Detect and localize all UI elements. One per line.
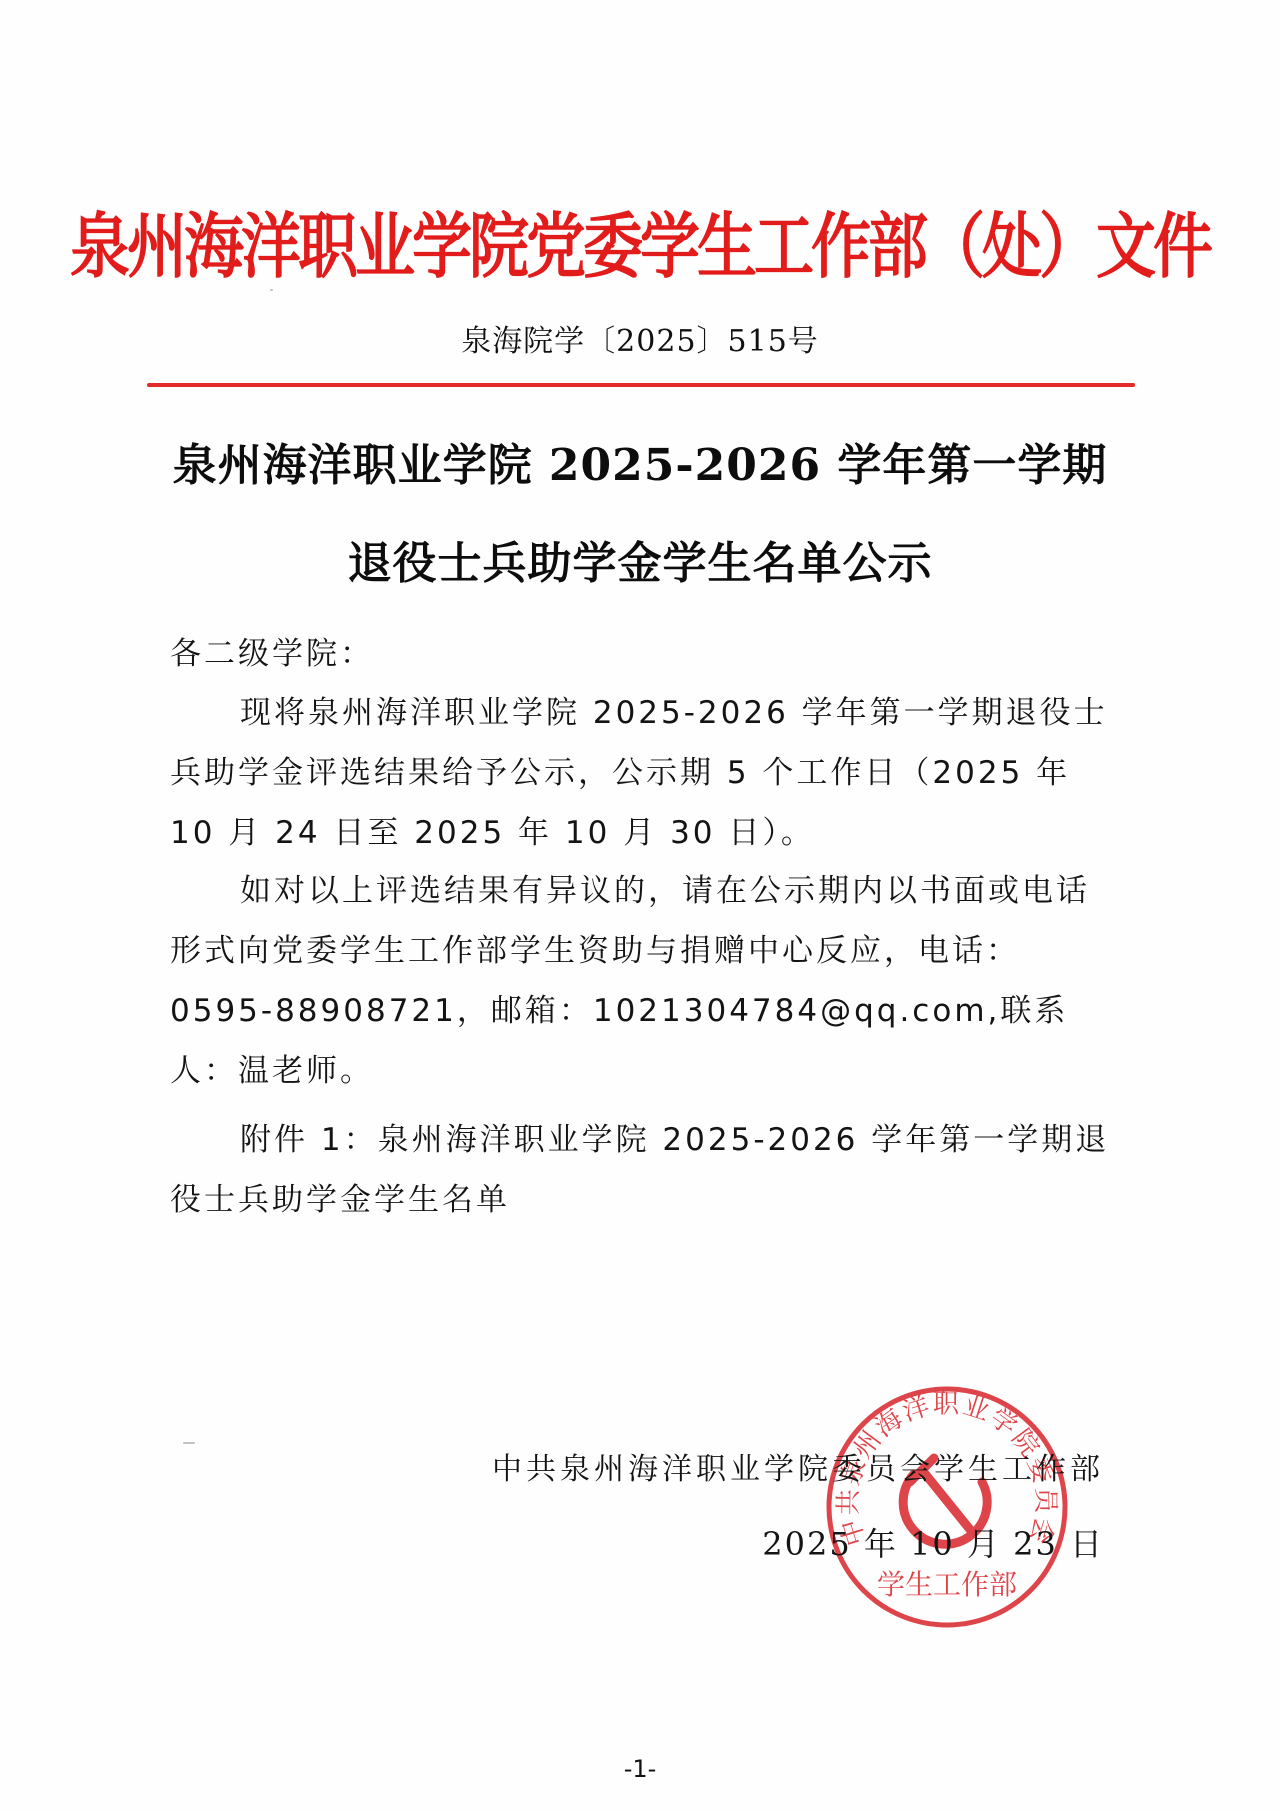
page-number: -1- bbox=[0, 1755, 1280, 1783]
seal-inner-text: 学生工作部 bbox=[877, 1568, 1017, 1601]
signing-organization: 中共泉州海洋职业学院委员会学生工作部 bbox=[492, 1448, 1104, 1492]
notice-title-line-2: 退役士兵助学金学生名单公示 bbox=[0, 534, 1280, 594]
scan-speck bbox=[270, 289, 273, 291]
notice-title-line-1: 泉州海洋职业学院 2025-2026 学年第一学期 bbox=[0, 436, 1280, 496]
document-page: 泉州海洋职业学院党委学生工作部（处）文件 泉海院学〔2025〕515号 泉州海洋… bbox=[0, 0, 1280, 1811]
attachment-reference: 附件 1：泉州海洋职业学院 2025-2026 学年第一学期退役士兵助学金学生名… bbox=[170, 1110, 1110, 1230]
salutation: 各二级学院： bbox=[170, 624, 1110, 684]
document-number: 泉海院学〔2025〕515号 bbox=[0, 322, 1280, 362]
red-divider-line bbox=[147, 383, 1135, 387]
scan-speck bbox=[183, 1442, 195, 1444]
official-seal-icon: 中共泉州海洋职业学院委员会 学生工作部 bbox=[822, 1382, 1072, 1632]
issuer-red-header: 泉州海洋职业学院党委学生工作部（处）文件 bbox=[0, 200, 1280, 294]
objection-contact-paragraph: 如对以上评选结果有异议的，请在公示期内以书面或电话形式向党委学生工作部学生资助与… bbox=[170, 861, 1110, 1101]
signing-date: 2025 年 10 月 23 日 bbox=[762, 1522, 1104, 1566]
announcement-paragraph: 现将泉州海洋职业学院 2025-2026 学年第一学期退役士兵助学金评选结果给予… bbox=[170, 683, 1110, 863]
